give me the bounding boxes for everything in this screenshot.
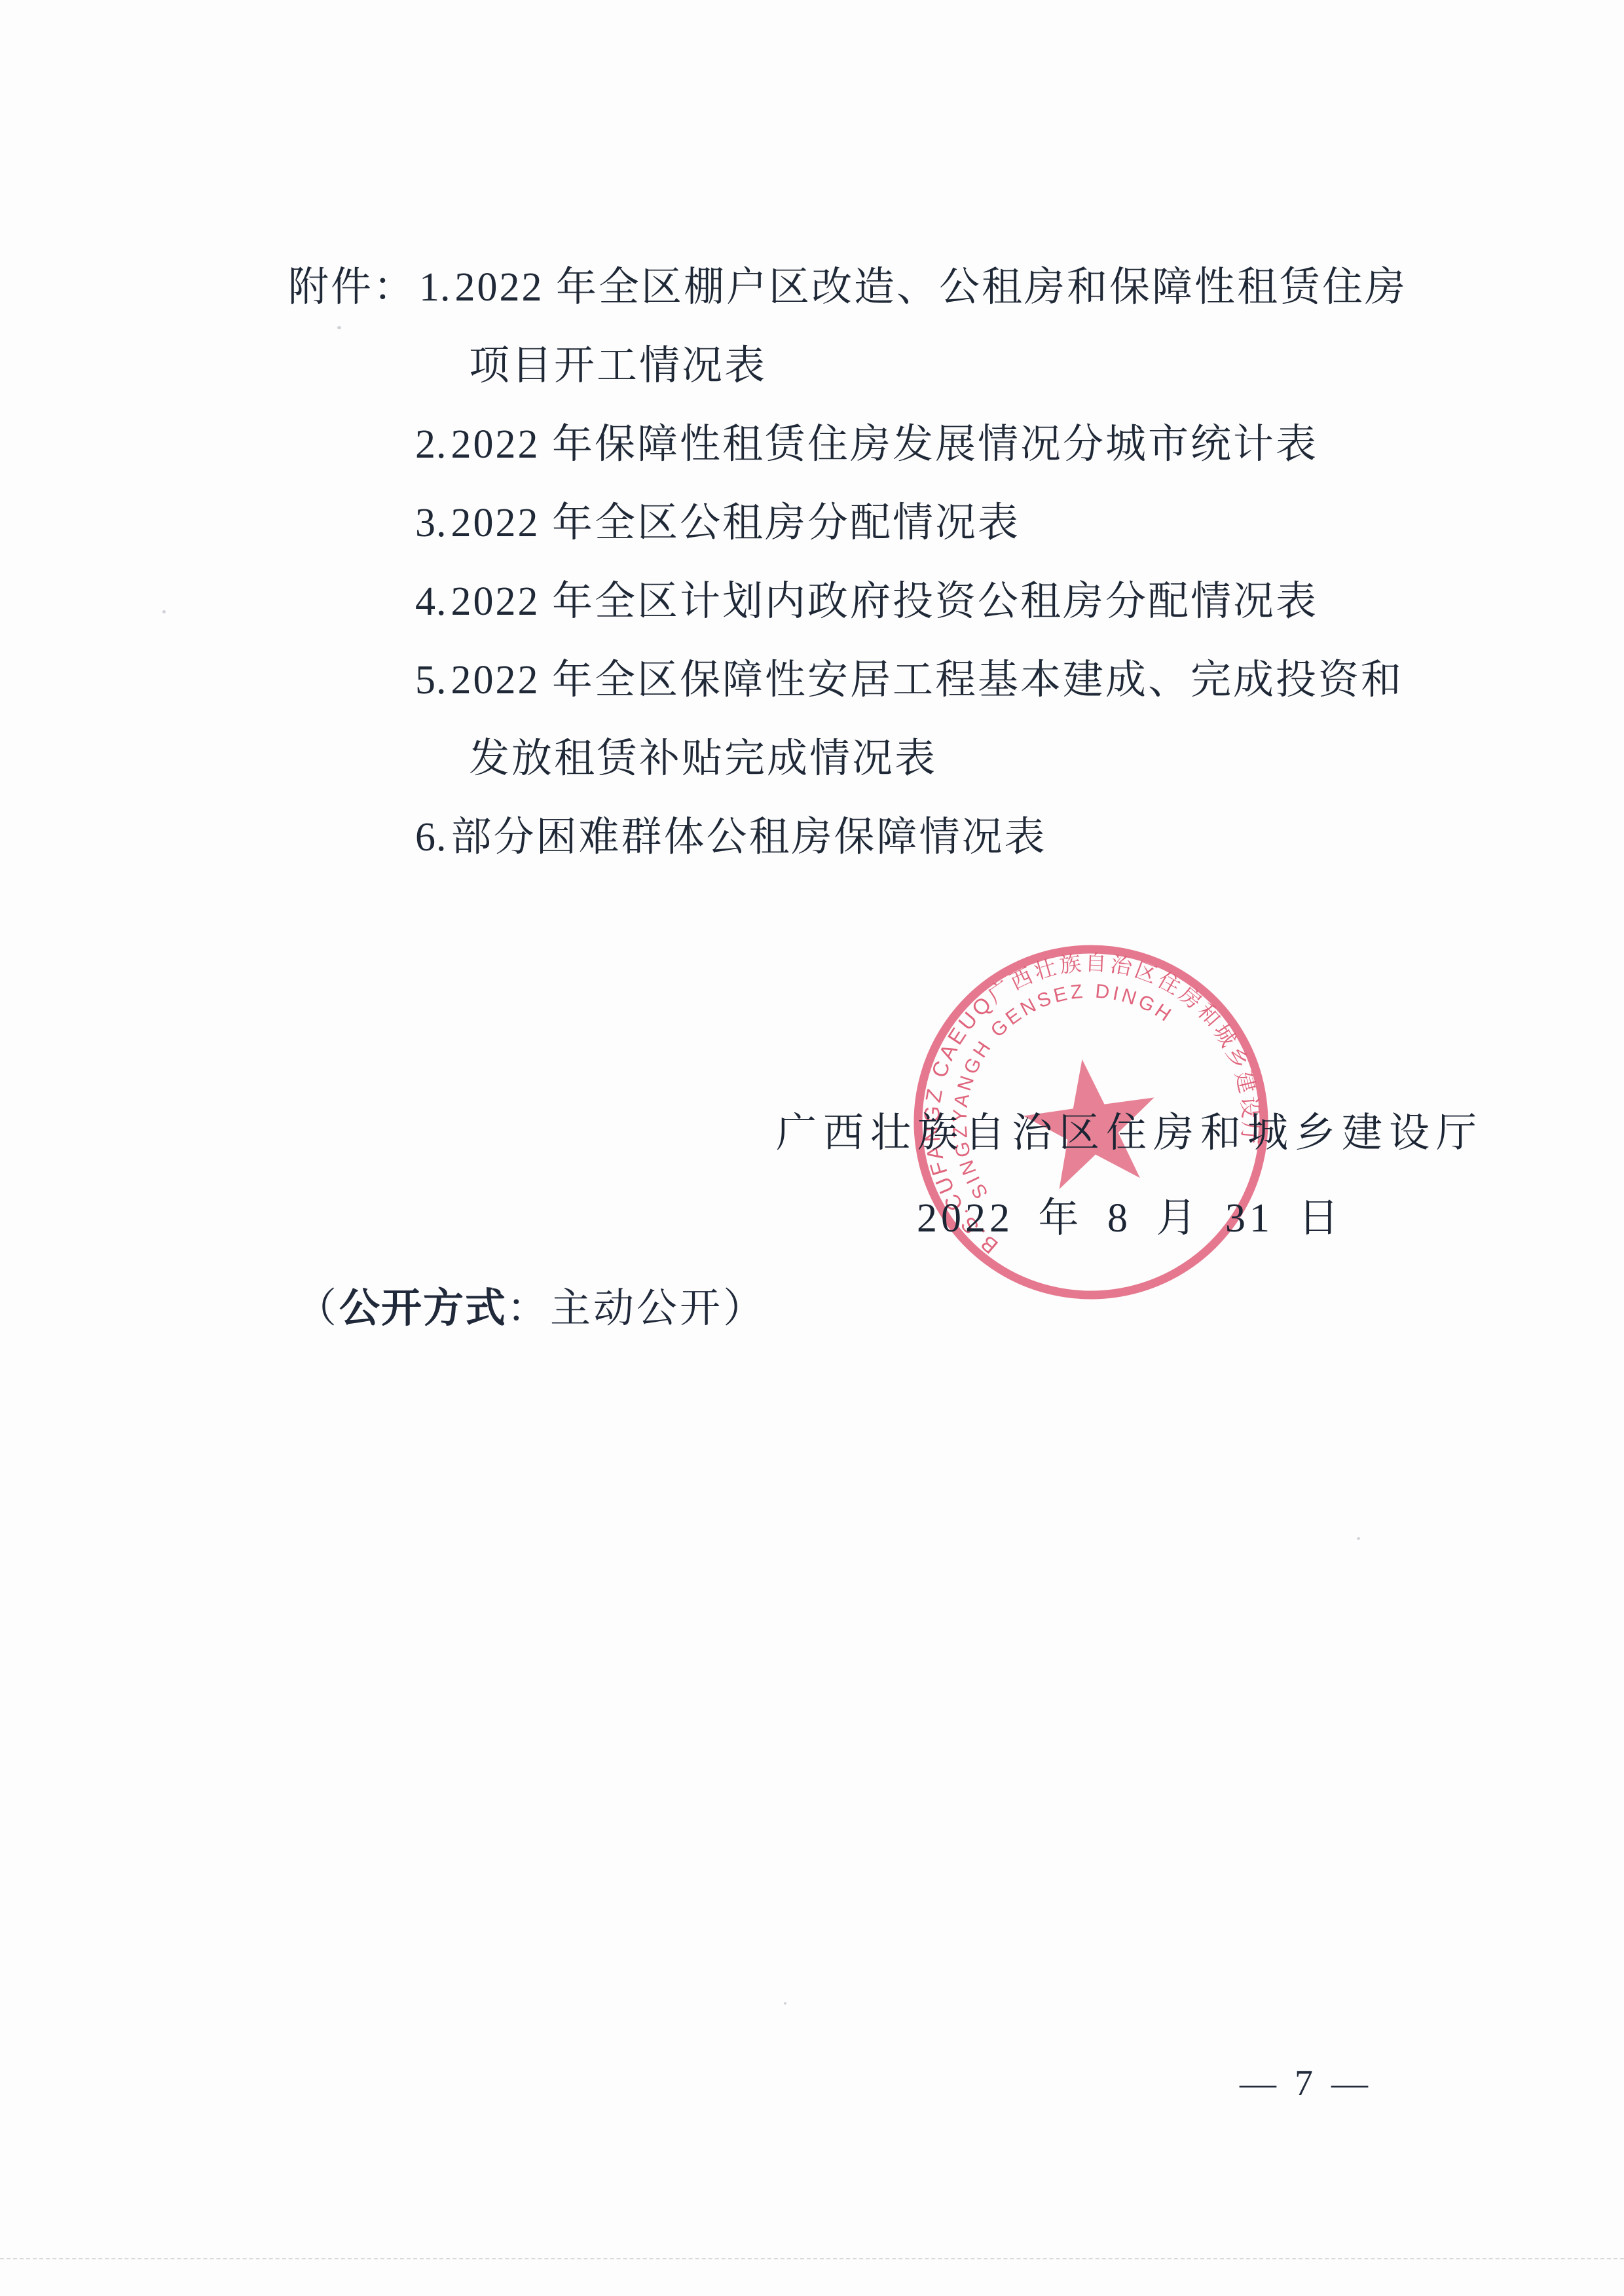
attachment-item-5-line-1: 5.2022 年全区保障性安居工程基本建成、完成投资和 [415,647,1403,705]
disclosure-close-paren: ） [723,1286,766,1331]
scan-speck [162,610,166,613]
attachment-item-1-line-2: 项目开工情况表 [469,333,767,391]
item-5-text-cont: 发放租赁补贴完成情况表 [469,737,937,781]
page-number: — 7 — [1240,2062,1368,2104]
item-4-number: 4. [415,579,447,624]
item-6-text: 部分困难群体公租房保障情况表 [451,815,1047,860]
attachment-item-6: 6.部分困难群体公租房保障情况表 [415,804,1047,862]
scan-speck [784,2002,786,2005]
attachment-item-4: 4.2022 年全区计划内政府投资公租房分配情况表 [415,568,1318,627]
item-2-number: 2. [415,422,447,467]
issuing-authority: 广西壮族自治区住房和城乡建设厅 [776,1100,1483,1158]
attachment-line-1: 附件： [288,254,416,312]
attachment-item-5-line-2: 发放租赁补贴完成情况表 [469,725,937,784]
disclosure-colon: ： [507,1286,550,1331]
item-4-text: 2022 年全区计划内政府投资公租房分配情况表 [451,579,1319,624]
item-1-text: 2022 年全区棚户区改造、公租房和保障性租赁住房 [455,265,1408,310]
item-3-text: 2022 年全区公租房分配情况表 [451,501,1021,545]
item-1-number: 1. [419,265,451,310]
disclosure-open-paren: （ [296,1286,339,1331]
item-3-number: 3. [415,501,447,545]
issue-date: 2022 年 8 月 31 日 [917,1185,1343,1243]
item-5-number: 5. [415,658,447,702]
disclosure-label: 公开方式 [339,1286,507,1331]
scan-edge-artifact [0,2258,1624,2259]
attachment-item-3: 3.2022 年全区公租房分配情况表 [415,490,1020,548]
scan-speck [1357,1537,1360,1540]
item-6-number: 6. [415,815,447,860]
item-1-text-cont: 项目开工情况表 [469,344,767,388]
disclosure-line: （公开方式：主动公开） [296,1275,766,1334]
scanned-document-page: { "page": { "kind": "government-notice-a… [0,0,1624,2296]
attachment-item-1-line-1: 1.2022 年全区棚户区改造、公租房和保障性租赁住房 [419,254,1407,312]
item-5-text: 2022 年全区保障性安居工程基本建成、完成投资和 [451,658,1404,702]
attachments-label: 附件： [288,265,416,310]
disclosure-value: 主动公开 [550,1286,723,1331]
scan-speck [337,326,341,329]
item-2-text: 2022 年保障性租赁住房发展情况分城市统计表 [451,422,1319,467]
attachment-item-2: 2.2022 年保障性租赁住房发展情况分城市统计表 [415,411,1318,469]
